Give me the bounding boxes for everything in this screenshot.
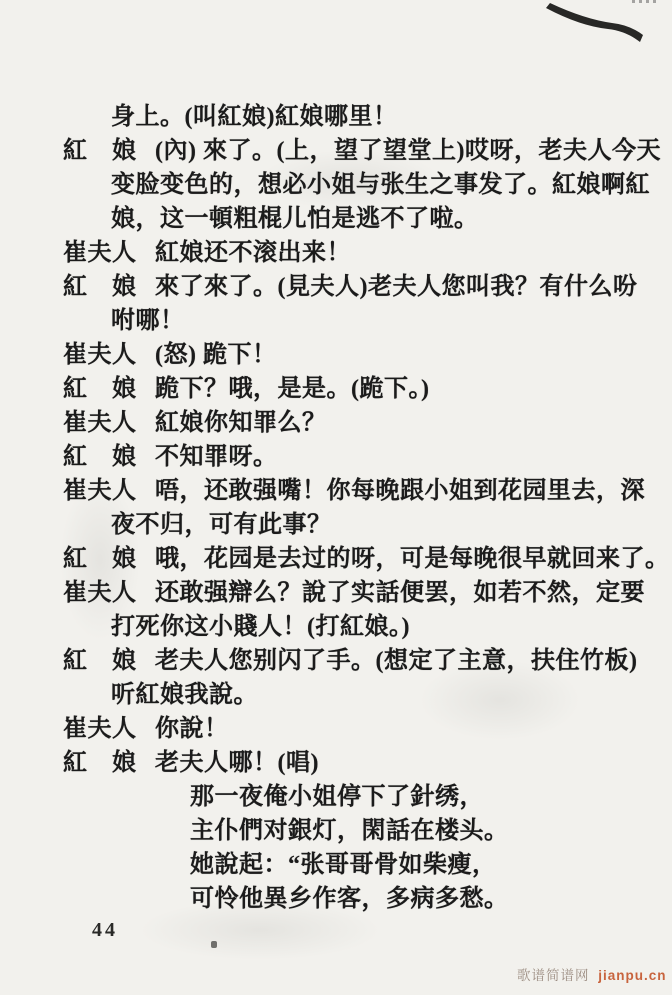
speaker-name: 紅 娘: [63, 270, 155, 304]
ink-speck: [211, 941, 217, 948]
script-line: 紅 娘不知罪呀。: [0, 440, 672, 474]
script-line: 紅 娘老夫人您别闪了手。(想定了主意，扶住竹板): [0, 644, 672, 678]
speaker-name: 崔夫人: [63, 406, 155, 440]
dialogue-text: 还敢强辯么？說了实話便罢，如若不然，定要: [155, 580, 645, 606]
dialogue-text: 紅娘还不滚出来！: [155, 240, 351, 266]
dialogue-text: 紅娘你知罪么？: [155, 410, 327, 436]
scanned-page: 身上。(叫紅娘)紅娘哪里！紅 娘(內) 來了。(上，望了望堂上)哎呀，老夫人今天…: [0, 0, 672, 995]
dialogue-text: 主仆們对銀灯，閑話在楼头。: [190, 818, 509, 844]
dialogue-text: 哦，花园是去过的呀，可是每晚很早就回来了。: [155, 546, 670, 572]
page-number: 44: [92, 919, 118, 942]
watermark-site-url: jianpu.cn: [598, 968, 666, 983]
dialogue-text: 來了來了。(見夫人)老夫人您叫我？有什么吩: [155, 274, 637, 300]
script-line: 主仆們对銀灯，閑話在楼头。: [0, 814, 672, 848]
speaker-name: 紅 娘: [63, 440, 155, 474]
dialogue-text: 唔，还敢强嘴！你每晚跟小姐到花园里去，深: [155, 478, 645, 504]
script-text: 身上。(叫紅娘)紅娘哪里！紅 娘(內) 來了。(上，望了望堂上)哎呀，老夫人今天…: [0, 100, 672, 916]
speaker-name: 紅 娘: [63, 134, 155, 168]
speaker-name: 紅 娘: [63, 542, 155, 576]
script-line: 可怜他異乡作客，多病多愁。: [0, 882, 672, 916]
speaker-name: 崔夫人: [63, 338, 155, 372]
dialogue-text: 身上。(叫紅娘)紅娘哪里！: [111, 104, 397, 130]
dialogue-text: 咐哪！: [111, 308, 185, 334]
script-line: 崔夫人紅娘你知罪么？: [0, 406, 672, 440]
watermark-site-name: 歌谱简谱网: [517, 968, 590, 983]
dialogue-text: 那一夜俺小姐停下了針绣，: [190, 784, 484, 810]
script-line: 紅 娘哦，花园是去过的呀，可是每晚很早就回来了。: [0, 542, 672, 576]
script-line: 打死你这小賤人！(打紅娘。): [0, 610, 672, 644]
speaker-name: 紅 娘: [63, 644, 155, 678]
script-line: 咐哪！: [0, 304, 672, 338]
speaker-name: 紅 娘: [63, 372, 155, 406]
script-line: 夜不归，可有此事？: [0, 508, 672, 542]
dialogue-text: 可怜他異乡作客，多病多愁。: [190, 886, 509, 912]
script-line: 娘，这一頓粗棍儿怕是逃不了啦。: [0, 202, 672, 236]
dialogue-text: 你說！: [155, 716, 229, 742]
dialogue-text: 老夫人哪！(唱): [155, 750, 319, 776]
dialogue-text: 不知罪呀。: [155, 444, 278, 470]
ink-smudge-icon: [540, 0, 672, 56]
dialogue-text: 老夫人您别闪了手。(想定了主意，扶住竹板): [155, 648, 637, 674]
script-line: 崔夫人还敢强辯么？說了实話便罢，如若不然，定要: [0, 576, 672, 610]
dialogue-text: 娘，这一頓粗棍儿怕是逃不了啦。: [111, 206, 479, 232]
script-line: 她說起：“张哥哥骨如柴瘦，: [0, 848, 672, 882]
speaker-name: 紅 娘: [63, 746, 155, 780]
speaker-name: 崔夫人: [63, 712, 155, 746]
dialogue-text: 变脸变色的，想必小姐与张生之事发了。紅娘啊紅: [111, 172, 650, 198]
script-line: 崔夫人紅娘还不滚出来！: [0, 236, 672, 270]
script-line: 紅 娘跪下？哦，是是。(跪下。): [0, 372, 672, 406]
script-line: 身上。(叫紅娘)紅娘哪里！: [0, 100, 672, 134]
dialogue-text: 打死你这小賤人！(打紅娘。): [111, 614, 410, 640]
script-line: 听紅娘我說。: [0, 678, 672, 712]
dialogue-text: (怒) 跪下！: [155, 342, 276, 368]
script-line: 紅 娘(內) 來了。(上，望了望堂上)哎呀，老夫人今天: [0, 134, 672, 168]
dialogue-text: 夜不归，可有此事？: [111, 512, 332, 538]
speaker-name: 崔夫人: [63, 474, 155, 508]
script-line: 紅 娘老夫人哪！(唱): [0, 746, 672, 780]
script-line: 紅 娘來了來了。(見夫人)老夫人您叫我？有什么吩: [0, 270, 672, 304]
script-line: 崔夫人(怒) 跪下！: [0, 338, 672, 372]
script-line: 崔夫人你說！: [0, 712, 672, 746]
script-line: 那一夜俺小姐停下了針绣，: [0, 780, 672, 814]
dialogue-text: 跪下？哦，是是。(跪下。): [155, 376, 429, 402]
dialogue-text: 她說起：“张哥哥骨如柴瘦，: [190, 852, 497, 878]
dialogue-text: (內) 來了。(上，望了望堂上)哎呀，老夫人今天: [155, 138, 661, 164]
dialogue-text: 听紅娘我說。: [111, 682, 258, 708]
watermark: 歌谱简谱网 jianpu.cn: [517, 964, 667, 984]
speaker-name: 崔夫人: [63, 236, 155, 270]
script-line: 崔夫人唔，还敢强嘴！你每晚跟小姐到花园里去，深: [0, 474, 672, 508]
speaker-name: 崔夫人: [63, 576, 155, 610]
script-line: 变脸变色的，想必小姐与张生之事发了。紅娘啊紅: [0, 168, 672, 202]
